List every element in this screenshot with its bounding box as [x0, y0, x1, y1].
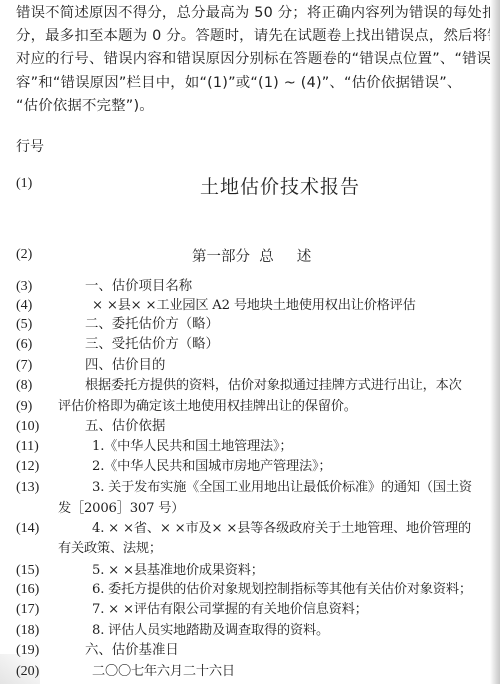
line-number: (13) [16, 478, 39, 498]
line-number: (16) [16, 580, 39, 600]
report-row: (16) 6. 委托方提供的估价对象规划控制指标等其他有关估价对象资料； [0, 580, 500, 600]
line-number: (19) [16, 641, 39, 661]
report-row: (20) 二〇〇七年六月二十六日 [0, 662, 500, 682]
report-row: (4) × ×县× ×工业园区 A2 号地块土地使用权出让价格评估 [0, 296, 500, 316]
report-row: (12) 2.《中华人民共和国城市房地产管理法》； [0, 457, 500, 477]
report-row: (8) 根据委托方提供的资料，估价对象拟通过挂牌方式进行出让，本次 [0, 376, 500, 396]
section-heading: 一、估价项目名称 [85, 277, 192, 297]
row-text: 6. 委托方提供的估价对象规划控制指标等其他有关估价对象资料； [92, 580, 472, 600]
row-text: 有关政策、法规； [58, 539, 162, 559]
instruction-line: 分，最多扣至本题为 0 分。答题时，请先在试题卷上找出错误点，然后将错误所 [16, 25, 490, 48]
report-row: (5) 二、委托估价方（略） [0, 315, 500, 335]
row-text: 7. × ×评估有限公司掌握的有关地价信息资料； [92, 600, 368, 620]
report-row: (9) 评估价格即为确定该土地使用权挂牌出让的保留价。 [0, 397, 500, 417]
line-number: (5) [16, 315, 32, 335]
row-text: 1.《中华人民共和国土地管理法》； [92, 437, 292, 457]
line-number: (8) [16, 376, 32, 396]
report-row: (15) 5. × ×县基准地价成果资料； [0, 561, 500, 581]
section-heading: 二、委托估价方（略） [85, 315, 219, 335]
line-number: (6) [16, 335, 32, 355]
instruction-line: 错误不简述原因不得分，总分最高为 50 分；将正确内容列为错误的每处扣 0.5 [16, 2, 490, 25]
row-text: 5. × ×县基准地价成果资料； [92, 561, 264, 581]
row-text: 评估价格即为确定该土地使用权挂牌出让的保留价。 [58, 397, 357, 417]
row-text: 4. × ×省、× ×市及× ×县等各级政府关于土地管理、地价管理的 [92, 519, 471, 539]
instruction-line: 对应的行号、错误内容和错误原因分别标在答题卷的“错误点位置”、“错误内 [16, 48, 490, 71]
report-row-continuation: 有关政策、法规； [0, 539, 500, 559]
row-text: 发［2006］307 号） [58, 499, 184, 519]
row-text: 8. 评估人员实地踏勘及调查取得的资料。 [92, 621, 329, 641]
line-number: (15) [16, 561, 39, 581]
report-row: (17) 7. × ×评估有限公司掌握的有关地价信息资料； [0, 600, 500, 620]
line-number-header: 行号 [16, 136, 44, 156]
line-number: (18) [16, 621, 39, 641]
line-number: (3) [16, 277, 32, 297]
row-text: × ×县× ×工业园区 A2 号地块土地使用权出让价格评估 [92, 296, 416, 316]
report-row: (14) 4. × ×省、× ×市及× ×县等各级政府关于土地管理、地价管理的 [0, 519, 500, 539]
report-row: (6) 三、受托估价方（略） [0, 335, 500, 355]
row-text: 2.《中华人民共和国城市房地产管理法》； [92, 457, 331, 477]
line-number: (11) [16, 437, 39, 457]
instruction-line: 容”和“错误原因”栏目中，如“(1)”或“(1) ~ (4)”、“估价依据错误”… [16, 72, 490, 95]
section-heading: 六、估价基准日 [85, 641, 179, 661]
report-title: 土地估价技术报告 [200, 172, 360, 199]
report-row: (11) 1.《中华人民共和国土地管理法》； [0, 437, 500, 457]
line-number: (17) [16, 600, 39, 620]
report-row-continuation: 发［2006］307 号） [0, 499, 500, 519]
line-number: (10) [16, 417, 39, 437]
report-row: (7) 四、估价目的 [0, 356, 500, 376]
line-number: (1) [16, 174, 32, 194]
section-heading: 四、估价目的 [85, 356, 165, 376]
row-text: 二〇〇七年六月二十六日 [92, 662, 235, 682]
report-row: (19) 六、估价基准日 [0, 641, 500, 661]
section-heading: 三、受托估价方（略） [85, 335, 219, 355]
line-number: (14) [16, 519, 39, 539]
instruction-line: “估价依据不完整”)。 [16, 95, 490, 118]
line-number: (20) [16, 662, 39, 682]
row-text: 3. 关于发布实施《全国工业用地出让最低价标准》的通知（国土资 [92, 478, 472, 498]
part-title: 第一部分 总 述 [192, 245, 311, 266]
report-row: (13) 3. 关于发布实施《全国工业用地出让最低价标准》的通知（国土资 [0, 478, 500, 498]
question-instructions: 错误不简述原因不得分，总分最高为 50 分；将正确内容列为错误的每处扣 0.5 … [16, 2, 490, 118]
line-number: (7) [16, 356, 32, 376]
report-row: (3) 一、估价项目名称 [0, 277, 500, 297]
line-number: (9) [16, 397, 32, 417]
report-row: (10) 五、估价依据 [0, 417, 500, 437]
section-heading: 五、估价依据 [85, 417, 165, 437]
line-number: (4) [16, 296, 32, 316]
report-row: (18) 8. 评估人员实地踏勘及调查取得的资料。 [0, 621, 500, 641]
line-number: (12) [16, 457, 39, 477]
line-number: (2) [16, 245, 32, 265]
row-text: 根据委托方提供的资料，估价对象拟通过挂牌方式进行出让，本次 [85, 376, 462, 396]
